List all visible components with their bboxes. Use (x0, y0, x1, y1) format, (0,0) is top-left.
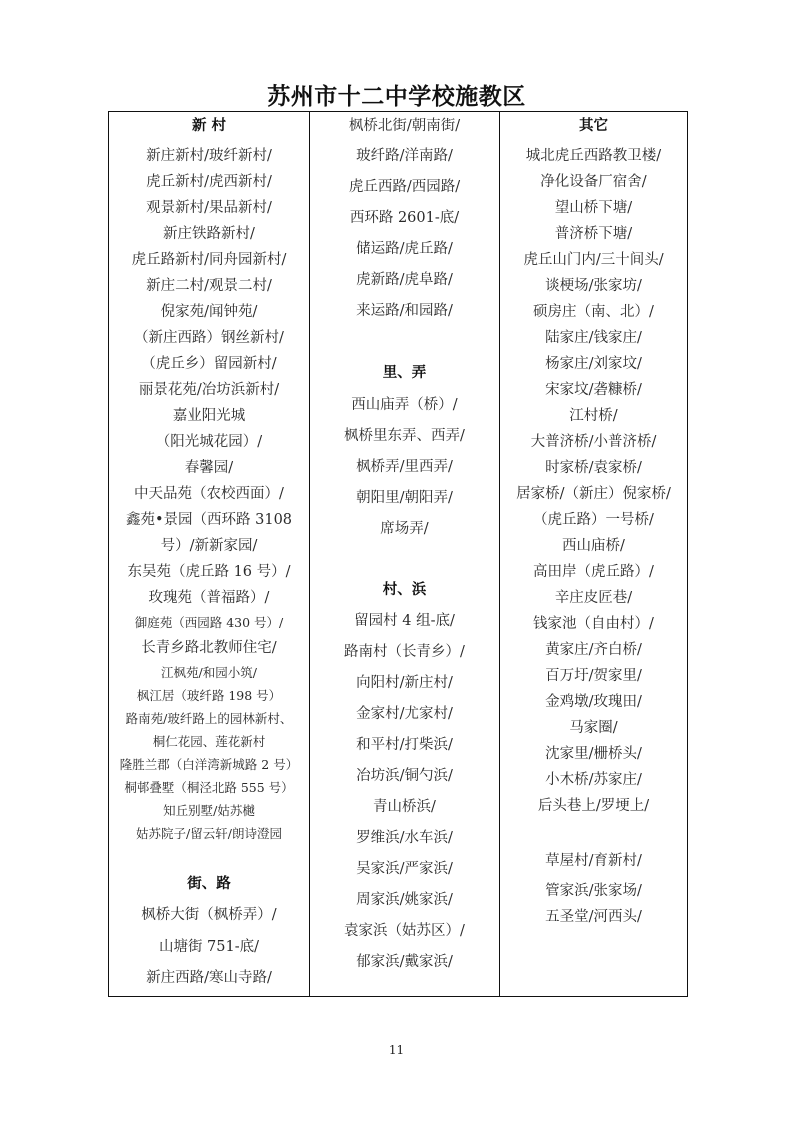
list-item: 宋家坟/砻糠桥/ (500, 381, 687, 399)
list-item: 罗维浜/水车浜/ (310, 829, 499, 847)
list-item: 来运路/和园路/ (310, 302, 499, 320)
list-item: 高田岸（虎丘路）/ (500, 563, 687, 581)
list-item: 鑫苑•景园（西环路 3108 (109, 511, 309, 529)
list-item: 向阳村/新庄村/ (310, 674, 499, 692)
section-heading: 其它 (500, 117, 687, 135)
list-item: 硕房庄（南、北）/ (500, 303, 687, 321)
list-item: （新庄西路）钢丝新村/ (109, 329, 309, 347)
page-number: 11 (0, 1043, 793, 1057)
list-item: 山塘街 751-底/ (109, 938, 309, 956)
list-item: 路南苑/玻纤路上的园林新村、 (109, 710, 309, 728)
list-item: 沈家里/栅桥头/ (500, 745, 687, 763)
list-item: 春馨园/ (109, 459, 309, 477)
list-item: 新庄西路/寒山寺路/ (109, 969, 309, 987)
list-item: 净化设备厂宿舍/ (500, 173, 687, 191)
list-item: 西山庙桥/ (500, 537, 687, 555)
section-heading: 新 村 (109, 117, 309, 135)
list-item: 姑苏院子/留云轩/朗诗澄园 (109, 825, 309, 843)
list-item: 五圣堂/河西头/ (500, 908, 687, 926)
list-item: 玻纤路/洋南路/ (310, 147, 499, 165)
list-item: 留园村 4 组-底/ (310, 612, 499, 630)
list-item: 西环路 2601-底/ (310, 209, 499, 227)
list-item: 居家桥/（新庄）倪家桥/ (500, 485, 687, 503)
list-item: 枫江居（玻纤路 198 号） (109, 687, 309, 705)
list-item: （虎丘路）一号桥/ (500, 511, 687, 529)
list-item: 金鸡墩/玫瑰田/ (500, 693, 687, 711)
list-item: 倪家苑/闻钟苑/ (109, 303, 309, 321)
list-item: 枫桥里东弄、西弄/ (310, 427, 499, 445)
column-others: 其它城北虎丘西路教卫楼/净化设备厂宿舍/望山桥下塘/普济桥下塘/虎丘山门内/三十… (500, 112, 687, 996)
list-item: 长青乡路北教师住宅/ (109, 639, 309, 657)
list-item: 新庄铁路新村/ (109, 225, 309, 243)
list-item: （阳光城花园）/ (109, 433, 309, 451)
list-item: 江村桥/ (500, 407, 687, 425)
list-item: 席场弄/ (310, 520, 499, 538)
list-item: 杨家庄/刘家坟/ (500, 355, 687, 373)
list-item: 小木桥/苏家庄/ (500, 771, 687, 789)
list-item: 储运路/虎丘路/ (310, 240, 499, 258)
list-item: 大普济桥/小普济桥/ (500, 433, 687, 451)
list-item: 虎丘新村/虎西新村/ (109, 173, 309, 191)
list-item: 号）/新新家园/ (109, 537, 309, 555)
list-item: 时家桥/袁家桥/ (500, 459, 687, 477)
list-item: 隆胜兰郡（白洋湾新城路 2 号） (109, 756, 309, 774)
list-item: 枫桥弄/里西弄/ (310, 458, 499, 476)
list-item: 黄家庄/齐白桥/ (500, 641, 687, 659)
list-item: 枫桥北街/朝南街/ (310, 117, 499, 135)
list-item: 周家浜/姚家浜/ (310, 891, 499, 909)
list-item: 桐邨叠墅（桐泾北路 555 号） (109, 779, 309, 797)
list-item: 青山桥浜/ (310, 798, 499, 816)
list-item: 江枫苑/和园小筑/ (109, 664, 309, 682)
list-item: 虎丘山门内/三十间头/ (500, 251, 687, 269)
list-item: 草屋村/育新村/ (500, 852, 687, 870)
list-item: 枫桥大街（枫桥弄）/ (109, 906, 309, 924)
list-item: 玫瑰苑（普福路）/ (109, 589, 309, 607)
list-item: 郁家浜/戴家浜/ (310, 953, 499, 971)
list-item: 虎新路/虎阜路/ (310, 271, 499, 289)
list-item: 新庄二村/观景二村/ (109, 277, 309, 295)
list-item: 管家浜/张家场/ (500, 882, 687, 900)
column-new-villages: 新 村新庄新村/玻纤新村/虎丘新村/虎西新村/观景新村/果品新村/新庄铁路新村/… (109, 112, 310, 996)
list-item: （虎丘乡）留园新村/ (109, 355, 309, 373)
list-item: 朝阳里/朝阳弄/ (310, 489, 499, 507)
list-item: 东吴苑（虎丘路 16 号）/ (109, 563, 309, 581)
list-item: 冶坊浜/铜勺浜/ (310, 767, 499, 785)
list-item: 吴家浜/严家浜/ (310, 860, 499, 878)
list-item: 虎丘路新村/同舟园新村/ (109, 251, 309, 269)
catchment-table: 新 村新庄新村/玻纤新村/虎丘新村/虎西新村/观景新村/果品新村/新庄铁路新村/… (108, 111, 688, 997)
list-item: 路南村（长青乡）/ (310, 643, 499, 661)
section-heading: 街、路 (109, 875, 309, 893)
section-heading: 村、浜 (310, 581, 499, 599)
list-item: 中天品苑（农校西面）/ (109, 485, 309, 503)
list-item: 普济桥下塘/ (500, 225, 687, 243)
list-item: 城北虎丘西路教卫楼/ (500, 147, 687, 165)
list-item: 谈梗场/张家坊/ (500, 277, 687, 295)
list-item: 新庄新村/玻纤新村/ (109, 147, 309, 165)
list-item: 和平村/打柴浜/ (310, 736, 499, 754)
section-heading: 里、弄 (310, 364, 499, 382)
list-item: 望山桥下塘/ (500, 199, 687, 217)
list-item: 后头巷上/罗埂上/ (500, 797, 687, 815)
list-item: 虎丘西路/西园路/ (310, 178, 499, 196)
list-item: 陆家庄/钱家庄/ (500, 329, 687, 347)
list-item: 知丘别墅/姑苏樾 (109, 802, 309, 820)
column-streets-lanes-villages: 枫桥北街/朝南街/玻纤路/洋南路/虎丘西路/西园路/西环路 2601-底/储运路… (310, 112, 500, 996)
page-title: 苏州市十二中学校施教区 (0, 78, 793, 111)
list-item: 袁家浜（姑苏区）/ (310, 922, 499, 940)
list-item: 金家村/尤家村/ (310, 705, 499, 723)
list-item: 马家圈/ (500, 719, 687, 737)
list-item: 桐仁花园、莲花新村 (109, 733, 309, 751)
list-item: 西山庙弄（桥）/ (310, 396, 499, 414)
list-item: 御庭苑（西园路 430 号）/ (109, 614, 309, 632)
list-item: 观景新村/果品新村/ (109, 199, 309, 217)
list-item: 辛庄皮匠巷/ (500, 589, 687, 607)
list-item: 嘉业阳光城 (109, 407, 309, 425)
list-item: 丽景花苑/冶坊浜新村/ (109, 381, 309, 399)
list-item: 钱家池（自由村）/ (500, 615, 687, 633)
list-item: 百万圩/贺家里/ (500, 667, 687, 685)
